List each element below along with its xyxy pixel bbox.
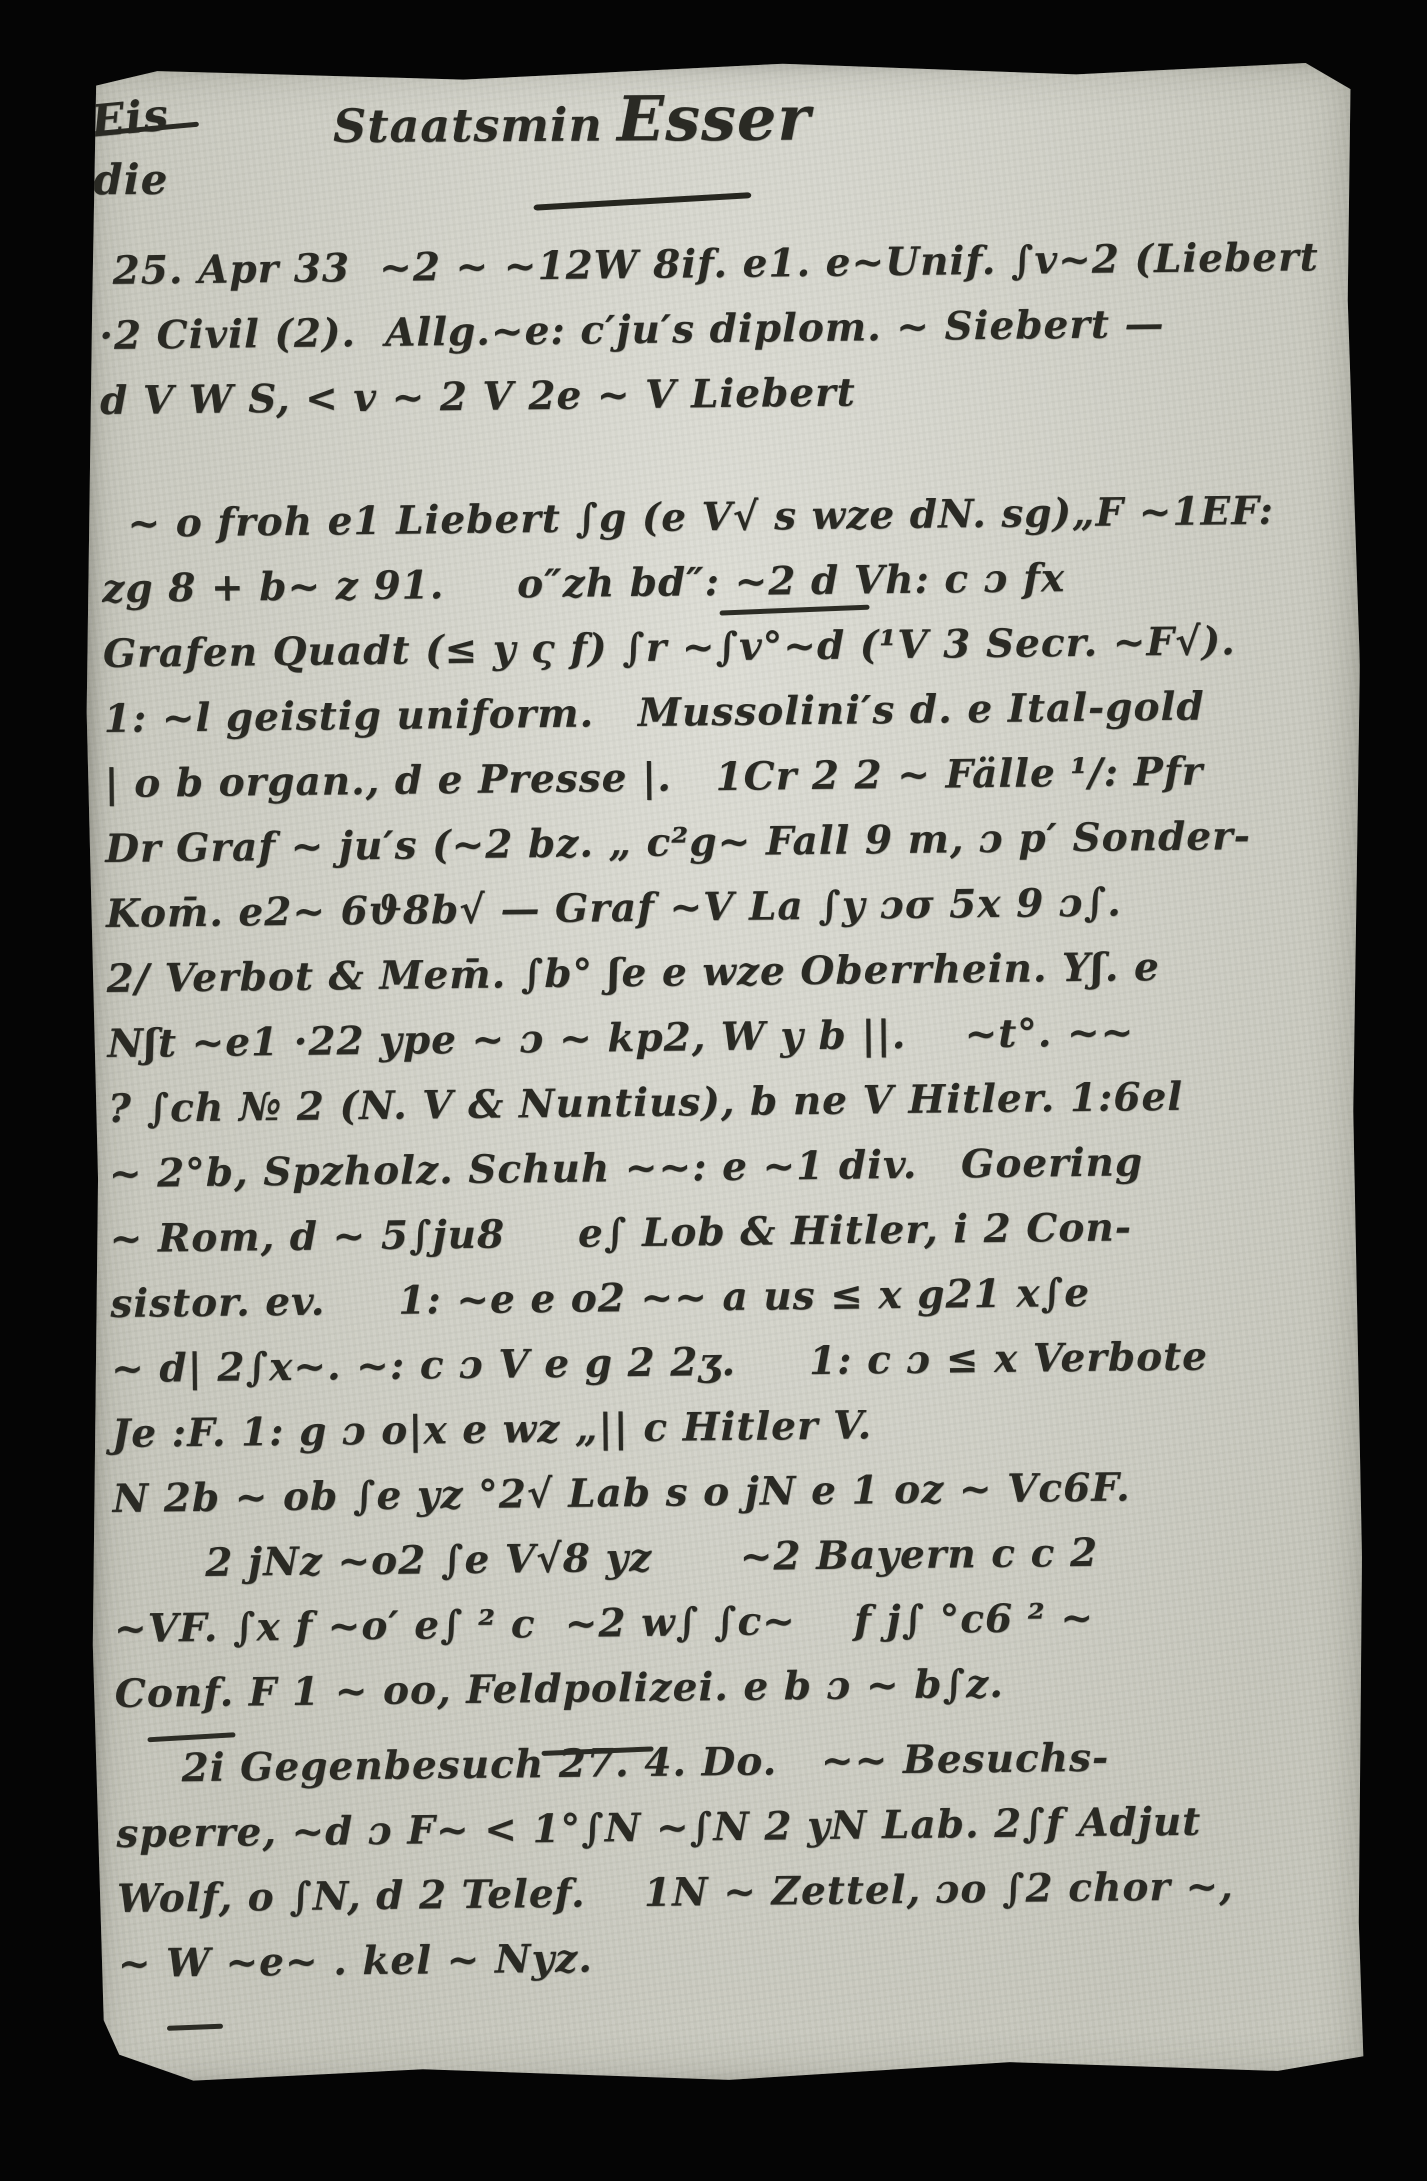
closing-word-underline: [167, 2024, 223, 2031]
struck-word: Eis: [89, 90, 171, 148]
title-underline: [533, 192, 751, 211]
manuscript-line: ~ W ~e~ . kel ~ Nyz.: [117, 1918, 1358, 1997]
manuscript-body: 25. Apr 33 ~2 ~ ~12W 8if. e1. e~Unif. ∫v…: [98, 225, 1358, 1997]
manuscript-line: Conf. F 1 ~ oo, Feldpolizei. e b ɔ ~ b∫z…: [114, 1648, 1355, 1727]
manuscript-line: d V W S, < v ~ 2 V 2e ~ V Liebert: [100, 355, 1341, 434]
margin-word: die: [93, 155, 168, 204]
title-prefix: Staatsmin: [333, 98, 603, 153]
paragraph-date-entry: 25. Apr 33 ~2 ~ ~12W 8if. e1. e~Unif. ∫v…: [98, 225, 1340, 434]
scan-background: { "doc": { "struck_word": "Eis", "margin…: [0, 0, 1427, 2181]
paragraph-main-notes: ~ o froh e1 Liebert ∫g (e V√ s wze dN. s…: [101, 478, 1355, 1727]
paragraph-gegenbesuch: 2i Gegenbesuch 27. 4. Do. ~~ Besuchs- sp…: [115, 1723, 1358, 1997]
title-name: Esser: [617, 82, 812, 156]
manuscript-page: Eis StaatsminEsser die 25. Apr 33 ~2 ~ ~…: [81, 57, 1368, 2092]
page-title: StaatsminEsser: [333, 82, 811, 158]
